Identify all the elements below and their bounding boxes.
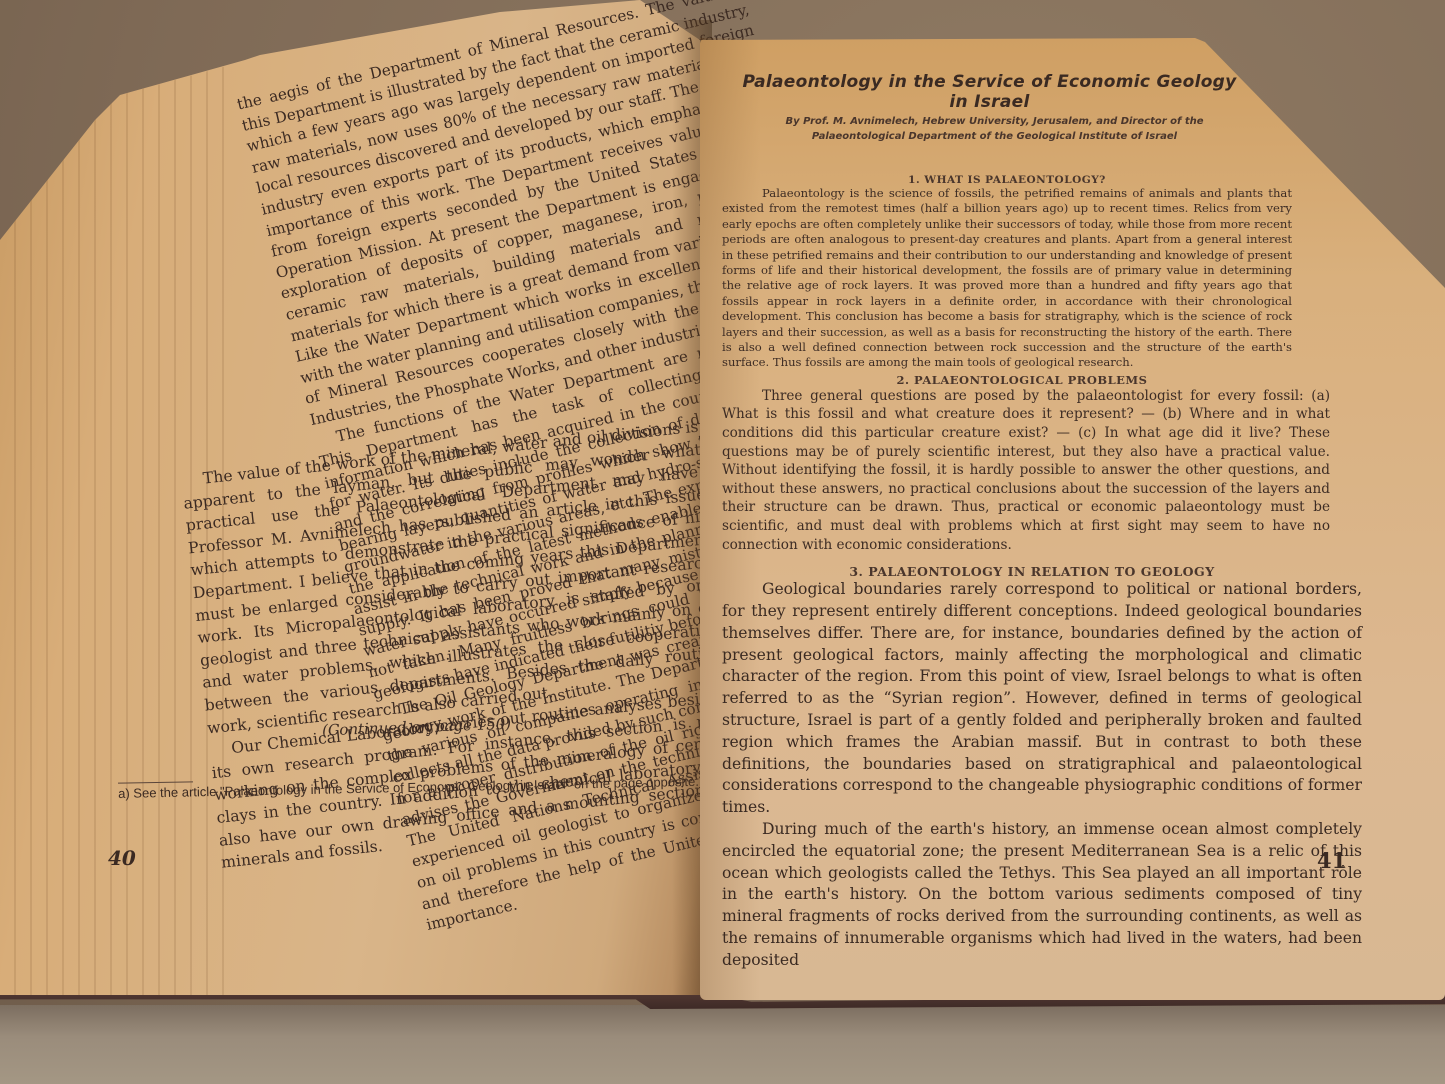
section-1-paragraph: Palaeontology is the science of fossils,… <box>722 186 1292 371</box>
section-1-heading: 1. WHAT IS PALAEONTOLOGY? <box>722 174 1292 186</box>
right-page-content: Palaeontology in the Service of Economic… <box>722 72 1367 972</box>
section-3-paragraph-2: During much of the earth's history, an i… <box>722 819 1362 972</box>
page-number-right: 41 <box>1317 848 1346 873</box>
article-title: Palaeontology in the Service of Economic… <box>722 72 1367 112</box>
section-3-body: Geological boundaries rarely correspond … <box>722 579 1362 971</box>
section-1-body: Palaeontology is the science of fossils,… <box>722 186 1292 371</box>
section-2-body: Three general questions are posed by the… <box>722 387 1330 554</box>
section-3-heading: 3. PALAEONTOLOGY IN RELATION TO GEOLOGY <box>722 564 1342 579</box>
left-page-lower-text: The value of the work of the mineral, wa… <box>180 416 740 875</box>
section-2-heading: 2. PALAEONTOLOGICAL PROBLEMS <box>722 373 1322 387</box>
page-number-left: 40 <box>108 846 136 870</box>
section-3-paragraph-1: Geological boundaries rarely correspond … <box>722 579 1362 819</box>
table-surface-foreground <box>0 1005 1445 1084</box>
left-paragraph-4: The value of the work of the mineral, wa… <box>180 416 725 740</box>
byline-line-2: Palaeontological Department of the Geolo… <box>722 129 1367 144</box>
byline-line-1: By Prof. M. Avnimelech, Hebrew Universit… <box>722 114 1367 129</box>
section-2-paragraph: Three general questions are posed by the… <box>722 387 1330 554</box>
